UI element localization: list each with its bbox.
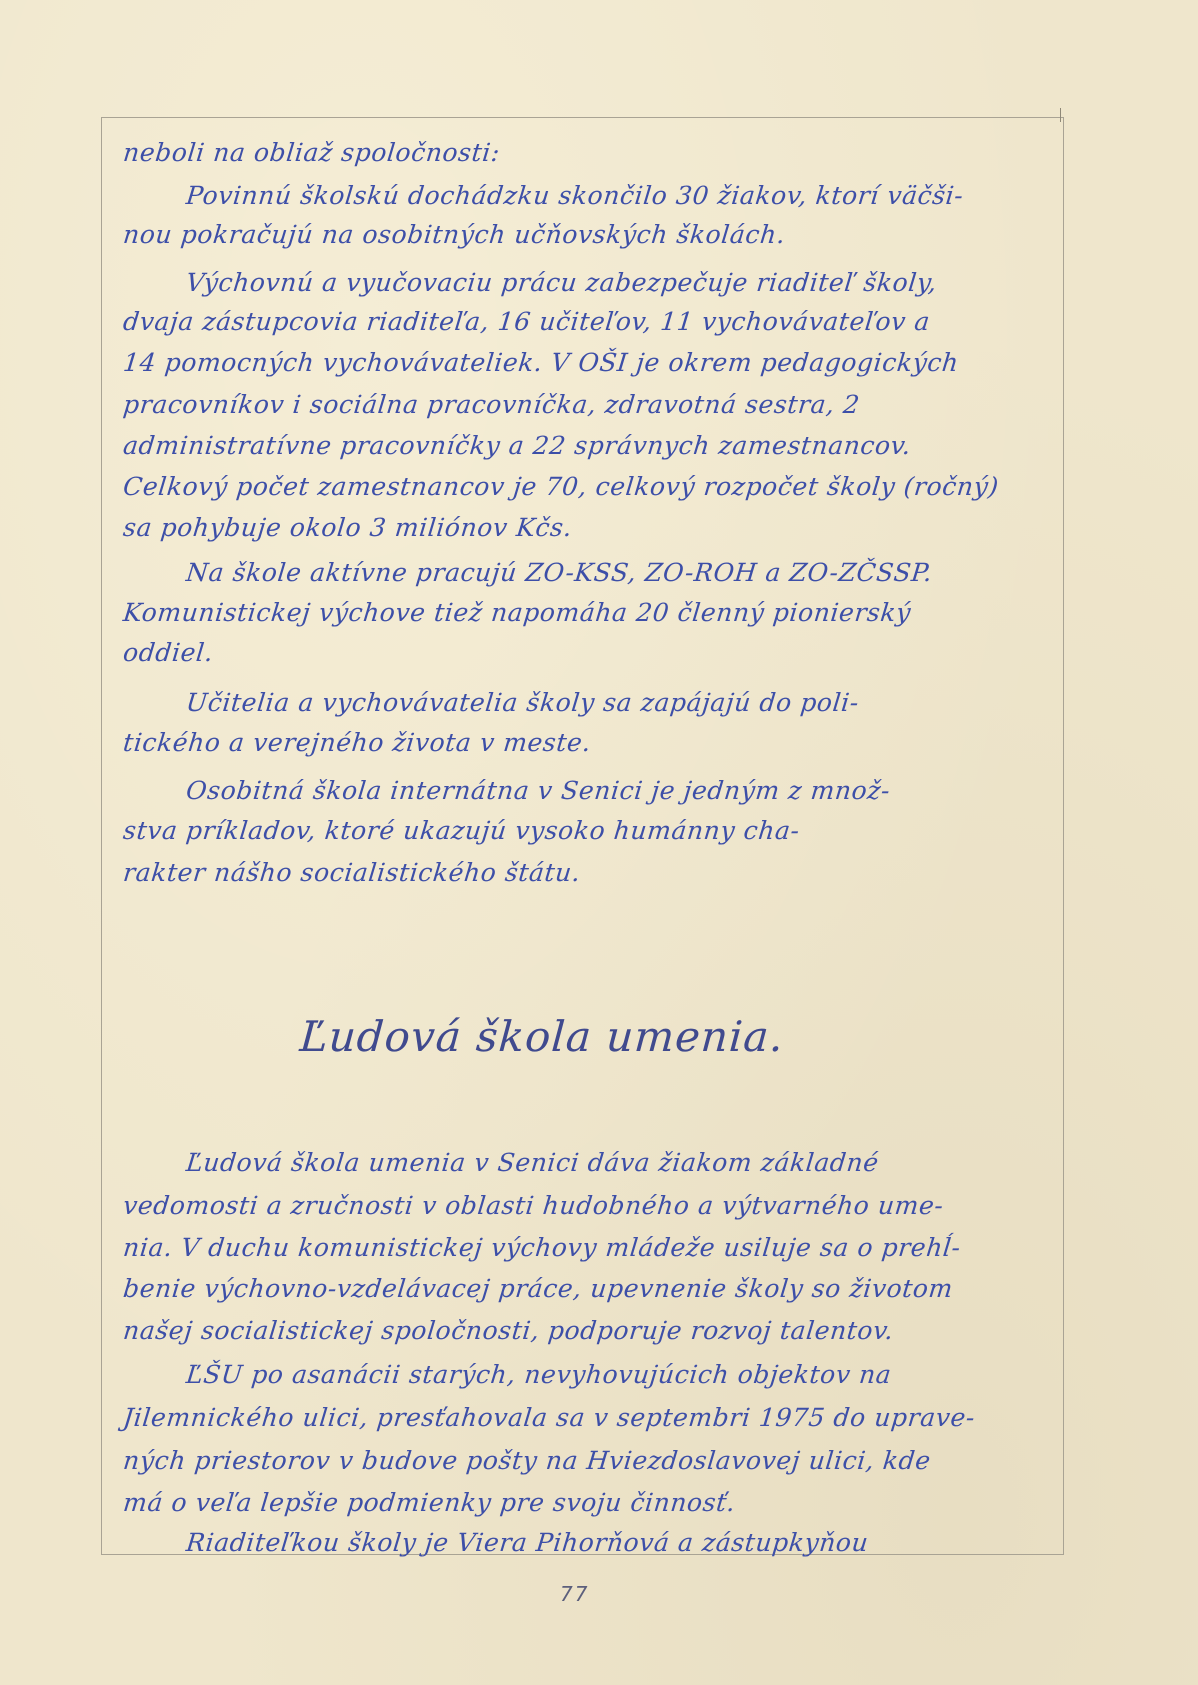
page-number: 77: [560, 1582, 589, 1606]
text-line: má o veľa lepšie podmienky pre svoju čin…: [122, 1490, 737, 1515]
text-line: Osobitná škola internátna v Senici je je…: [185, 778, 892, 803]
text-line: oddiel.: [122, 640, 215, 665]
text-line: Učitelia a vychovávatelia školy sa zapáj…: [185, 690, 860, 715]
text-line: Riaditeľkou školy je Viera Pihorňová a z…: [185, 1530, 870, 1555]
text-line: Celkový počet zamestnancov je 70, celkov…: [122, 474, 1000, 499]
text-line: 14 pomocných vychovávateliek. V OŠI je o…: [122, 350, 960, 375]
text-line: vedomosti a zručnosti v oblasti hudobnéh…: [122, 1193, 945, 1218]
text-line: Jilemnického ulici, presťahovala sa v se…: [122, 1405, 976, 1430]
text-line: nia. V duchu komunistickej výchovy mláde…: [122, 1235, 962, 1260]
text-line: rakter nášho socialistického štátu.: [122, 860, 582, 885]
text-line: dvaja zástupcovia riaditeľa, 16 učiteľov…: [122, 309, 931, 334]
text-line: benie výchovno-vzdelávacej práce, upevne…: [122, 1276, 954, 1301]
text-line: našej socialistickej spoločnosti, podpor…: [122, 1318, 895, 1343]
text-line: nou pokračujú na osobitných učňovských š…: [122, 222, 787, 247]
text-line: Výchovnú a vyučovaciu prácu zabezpečuje …: [185, 270, 938, 295]
section-heading: Ľudová škola umenia.: [298, 1012, 785, 1061]
text-line: Povinnú školskú dochádzku skončilo 30 ži…: [185, 183, 965, 208]
text-line: stva príkladov, ktoré ukazujú vysoko hum…: [122, 818, 801, 843]
text-line: tického a verejného života v meste.: [122, 730, 592, 755]
text-line: Ľudová škola umenia v Senici dáva žiakom…: [185, 1150, 880, 1175]
text-line: sa pohybuje okolo 3 miliónov Kčs.: [122, 515, 574, 540]
text-line: Komunistickej výchove tiež napomáha 20 č…: [122, 600, 912, 625]
text-line: ných priestorov v budove pošty na Hviezd…: [122, 1448, 932, 1473]
text-line: pracovníkov i sociálna pracovníčka, zdra…: [122, 392, 861, 417]
frame-corner-mark: [1060, 108, 1061, 122]
text-line: administratívne pracovníčky a 22 správny…: [122, 433, 912, 458]
text-line: neboli na obliaž spoločnosti:: [122, 140, 501, 165]
text-line: Na škole aktívne pracujú ZO-KSS, ZO-ROH …: [185, 560, 934, 585]
text-line: ĽŠU po asanácii starých, nevyhovujúcich …: [185, 1362, 893, 1387]
